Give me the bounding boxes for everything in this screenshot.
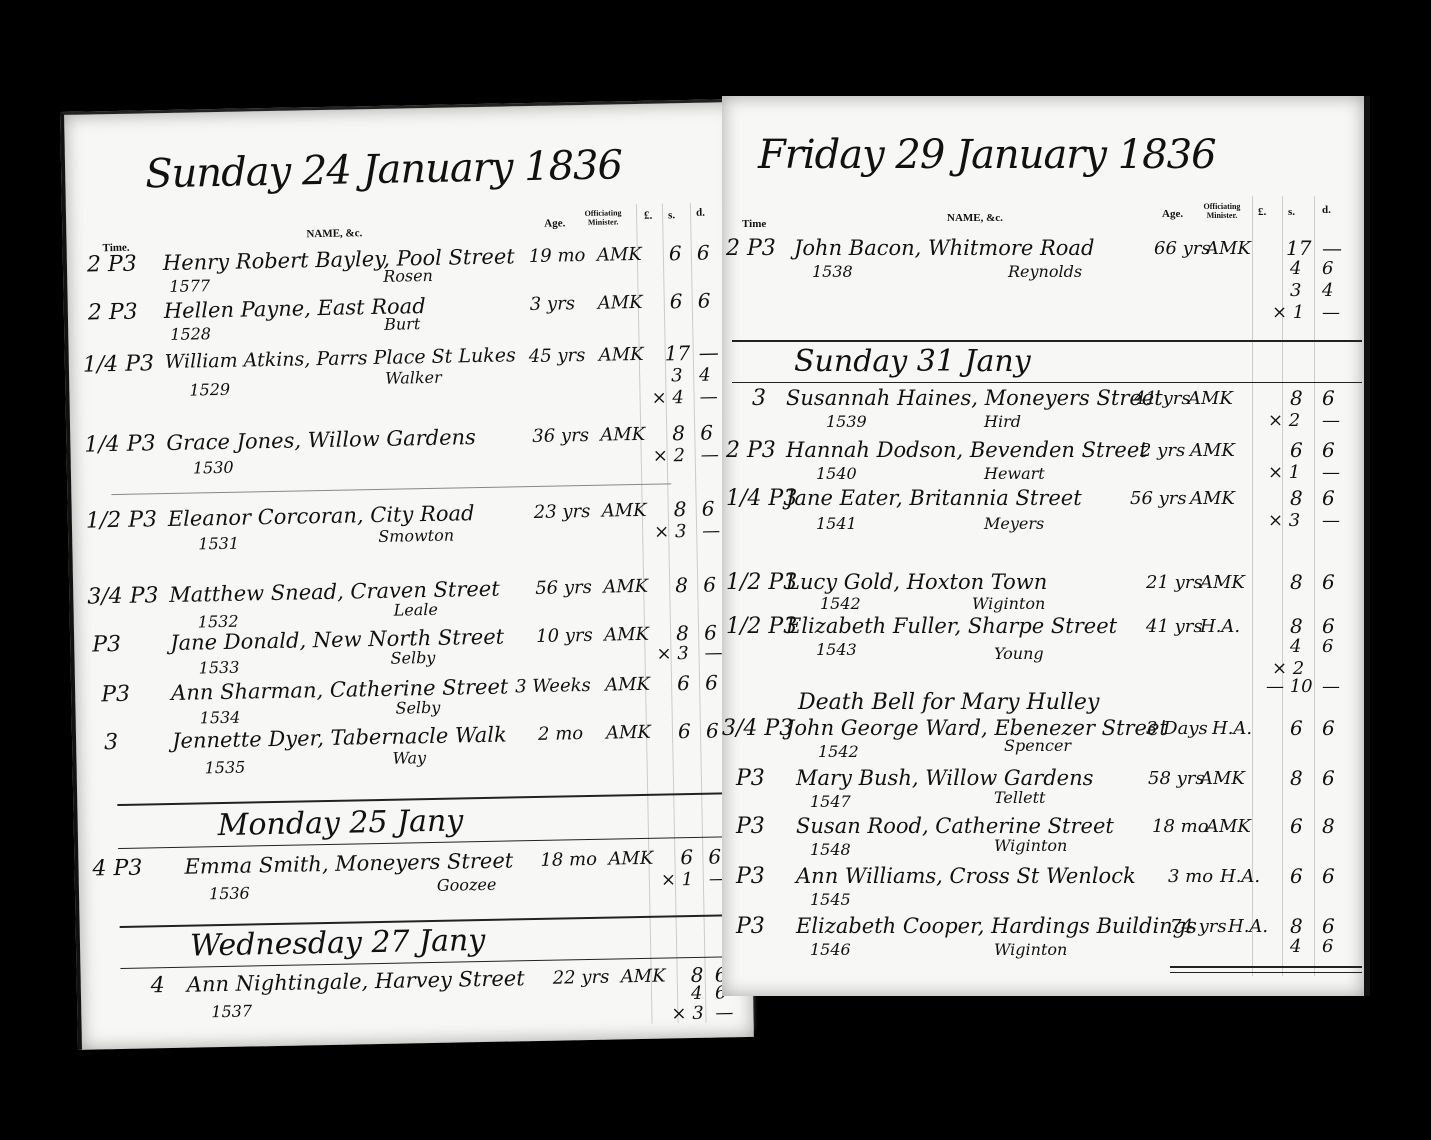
extra-pence: — (701, 444, 719, 465)
burial-entry: P3 Ann Williams, Cross St Wenlock 1545 3… (722, 864, 1364, 910)
extra-pence: — (704, 642, 722, 663)
entry-number: 1541 (816, 514, 857, 533)
burial-entry: 1/4 P3 Jane Eater, Britannia Street 1541… (722, 486, 1364, 546)
entry-officer: Meyers (984, 514, 1044, 533)
entry-officer: Selby (390, 648, 435, 668)
entry-pence: 8 (1322, 814, 1335, 838)
entry-age: 3 Days (1146, 718, 1208, 739)
entry-age: 41 yrs (1134, 388, 1191, 409)
total-rule (1170, 966, 1362, 973)
entry-minister: AMK (599, 344, 644, 366)
col-age: Age. (544, 217, 565, 229)
entry-pence: 6 (708, 844, 721, 868)
entry-shillings: 8 (1290, 914, 1303, 938)
entry-minister: AMK (605, 674, 650, 696)
entry-number: 1535 (204, 758, 245, 778)
col-shillings: s. (668, 209, 675, 221)
entry-number: 1530 (193, 458, 234, 478)
entry-name: Matthew Snead, Craven Street (169, 577, 500, 607)
entry-shillings: 6 (1290, 438, 1303, 462)
extra-pence: 4 (699, 365, 711, 386)
entry-minister: AMK (600, 424, 645, 446)
entry-age: 23 yrs (534, 501, 591, 523)
entry-pence: — (1322, 236, 1342, 260)
extra-shillings: × 3 (671, 1003, 704, 1025)
entry-age: 19 mo (529, 245, 586, 267)
entry-name: Jane Donald, New North Street (170, 625, 504, 655)
entry-age: 3 Weeks (515, 675, 591, 697)
burial-entry: 2 P3 Hellen Payne, East Road 1528 Burt 3… (68, 288, 741, 341)
entry-minister: AMK (1200, 572, 1245, 593)
page-title: Friday 29 January 1836 (758, 132, 1216, 178)
entry-name: Ann Nightingale, Harvey Street (187, 966, 525, 996)
entry-number: 1548 (810, 840, 851, 859)
entry-pence: 6 (1322, 570, 1335, 594)
entry-shillings: 6 (677, 671, 690, 695)
entry-number: 1531 (198, 534, 239, 554)
entry-officer: Leale (393, 600, 438, 620)
entry-age: 22 yrs (553, 967, 610, 989)
entry-name: Elizabeth Fuller, Sharpe Street (786, 614, 1117, 638)
entry-age: 3 yrs (530, 293, 576, 315)
entry-officer: Way (392, 748, 426, 768)
col-shillings: s. (1288, 206, 1295, 218)
entry-pence: 6 (705, 670, 718, 694)
entry-time: 2 P3 (726, 438, 776, 463)
entry-time: 2 P3 (88, 300, 138, 326)
burial-entry: 1/2 P3 Eleanor Corcoran, City Road 1531 … (72, 496, 745, 569)
entry-pence: 6 (700, 421, 713, 445)
entry-age: 58 yrs (1148, 768, 1205, 789)
entry-officer: Rosen (383, 266, 433, 286)
extra-shillings: × 1 (1268, 462, 1300, 483)
burial-entry: P3 Elizabeth Cooper, Hardings Buildings … (722, 914, 1364, 970)
entry-number: 1540 (816, 464, 857, 483)
page-title: Sunday 24 January 1836 (145, 142, 623, 197)
entry-number: 1529 (189, 380, 230, 400)
entry-time: 2 P3 (726, 236, 776, 261)
entry-shillings: 17 (665, 341, 691, 365)
entry-minister: AMK (603, 576, 648, 598)
entry-shillings: 8 (1290, 570, 1303, 594)
entry-time: 1/2 P3 (86, 507, 158, 533)
extra-shillings: × 1 (1272, 302, 1304, 323)
entry-age: 21 yrs (1146, 572, 1203, 593)
entry-officer: Wiginton (972, 594, 1045, 613)
entry-time: 1/4 P3 (83, 351, 155, 377)
entry-pence: — (699, 340, 719, 364)
section-title: Wednesday 27 Jany (190, 923, 486, 964)
entry-time: 3 (104, 730, 118, 755)
entry-officer: Reynolds (1008, 262, 1082, 281)
entry-minister: H.A. (1220, 866, 1260, 887)
entry-number: 1532 (198, 612, 239, 632)
entry-name: Ann Sharman, Catherine Street (171, 675, 509, 705)
entry-officer: Hewart (984, 464, 1045, 483)
entry-minister: H.A. (1200, 616, 1240, 637)
extra-shillings: 4 (691, 983, 703, 1004)
entry-minister: AMK (598, 292, 643, 314)
entry-shillings: 6 (680, 845, 693, 869)
extra-shillings: × 4 (651, 387, 684, 409)
extra-shillings: 3 (1290, 280, 1301, 301)
right-register-page: Friday 29 January 1836 Time NAME, &c. Ag… (722, 96, 1370, 996)
entry-pence: 6 (1322, 864, 1335, 888)
entry-name: Grace Jones, Willow Gardens (166, 425, 476, 455)
entry-name: Mary Bush, Willow Gardens (796, 766, 1093, 790)
entry-age: 56 yrs (1130, 488, 1187, 509)
entry-age: 18 mo (540, 849, 597, 871)
entry-age: 74 yrs (1170, 916, 1227, 937)
col-minister: Officiating Minister. (1194, 202, 1250, 220)
extra-pence: — (1322, 410, 1340, 431)
burial-entry: 4 Ann Nightingale, Harvey Street 1537 22… (81, 962, 754, 1045)
entry-name: Susannah Haines, Moneyers Street (786, 386, 1163, 410)
entry-time: P3 (736, 864, 765, 889)
entry-number: 1534 (199, 708, 240, 728)
entry-shillings: 8 (1290, 614, 1303, 638)
entry-minister: AMK (621, 966, 666, 988)
entry-time: P3 (736, 914, 765, 939)
entry-officer: Wiginton (994, 836, 1067, 855)
entry-minister: AMK (1206, 238, 1251, 259)
entry-shillings: 8 (672, 421, 685, 445)
entry-officer: Spencer (1004, 736, 1071, 755)
burial-entry: 3 Susannah Haines, Moneyers Street 1539 … (722, 386, 1364, 436)
entry-number: 1543 (816, 640, 857, 659)
extra-shillings: 3 (671, 365, 683, 386)
extra-shillings: 4 (1290, 258, 1301, 279)
entry-time: P3 (736, 766, 765, 791)
entry-minister: H.A. (1228, 916, 1268, 937)
entry-name: Henry Robert Bayley, Pool Street (163, 244, 515, 275)
entry-name: Jane Eater, Britannia Street (786, 486, 1082, 510)
entry-shillings: 8 (1290, 766, 1303, 790)
burial-entry: 2 P3 John Bacon, Whitmore Road 1538 Reyn… (722, 236, 1364, 336)
left-register-page: Sunday 24 January 1836 Time. NAME, &c. A… (60, 99, 754, 1050)
entry-time: P3 (736, 814, 765, 839)
entry-pence: 6 (697, 241, 710, 265)
extra-pence: 6 (1322, 258, 1333, 279)
entry-minister: AMK (602, 500, 647, 522)
burial-entry: 1/2 P3 Lucy Gold, Hoxton Town 1542 Wigin… (722, 570, 1364, 614)
entry-age: 18 mo (1152, 816, 1209, 837)
col-pounds: £. (1258, 206, 1266, 218)
entry-age: 45 yrs (529, 345, 586, 367)
section-title: Sunday 31 Jany (794, 344, 1031, 379)
entry-minister: AMK (1190, 440, 1235, 461)
entry-shillings: 8 (674, 497, 687, 521)
entry-name: Susan Rood, Catherine Street (796, 814, 1114, 838)
entry-shillings: 8 (676, 621, 689, 645)
col-time: Time (742, 218, 766, 230)
entry-number: 1537 (211, 1001, 252, 1021)
burial-entry: P3 Susan Rood, Catherine Street 1548 Wig… (722, 814, 1364, 860)
section-title: Monday 25 Jany (217, 803, 463, 843)
entry-name: Jennette Dyer, Tabernacle Walk (172, 723, 507, 753)
entry-minister: H.A. (1212, 718, 1252, 739)
col-age: Age. (1162, 208, 1183, 220)
extra-shillings: × 3 (654, 521, 687, 543)
burial-entry: 3/4 P3 John George Ward, Ebenezer Street… (722, 716, 1364, 762)
entry-pence: 6 (1322, 438, 1335, 462)
entry-officer: Hird (984, 412, 1021, 431)
entry-minister: AMK (604, 624, 649, 646)
entry-pence: 6 (1322, 614, 1335, 638)
extra-shillings: — 10 (1266, 676, 1313, 697)
entry-shillings: 6 (1290, 716, 1303, 740)
entry-age: 2 yrs (1140, 440, 1185, 461)
entry-shillings: 8 (1290, 386, 1303, 410)
entry-pence: 6 (1322, 486, 1335, 510)
entry-time: 4 P3 (92, 856, 142, 882)
entry-shillings: 17 (1286, 236, 1311, 260)
extra-pence: — (1322, 302, 1340, 323)
entry-number: 1545 (810, 890, 851, 909)
entry-number: 1547 (810, 792, 851, 811)
entry-minister: AMK (1188, 388, 1233, 409)
entry-pence: 6 (704, 620, 717, 644)
col-pence: d. (1322, 204, 1331, 216)
entry-number: 1546 (810, 940, 851, 959)
col-minister: Officiating Minister. (578, 208, 628, 227)
entry-shillings: 6 (1290, 864, 1303, 888)
entry-officer: Selby (395, 698, 440, 718)
burial-entry: 2 P3 Hannah Dodson, Bevenden Street 1540… (722, 438, 1364, 488)
col-name: NAME, &c. (947, 212, 1003, 224)
entry-minister: AMK (597, 244, 642, 266)
entry-pence: 6 (1322, 386, 1335, 410)
extra-shillings: × 3 (1268, 510, 1300, 531)
entry-officer: Young (994, 644, 1044, 663)
entry-age: 2 mo (538, 723, 583, 745)
entry-name: Lucy Gold, Hoxton Town (786, 570, 1047, 594)
burial-entry: 2 P3 Henry Robert Bayley, Pool Street 15… (67, 240, 740, 293)
entry-number: 1542 (820, 594, 861, 613)
burial-entry: 1/4 P3 Grace Jones, Willow Gardens 1530 … (70, 420, 743, 493)
entry-shillings: 6 (670, 289, 683, 313)
entry-officer: Walker (385, 368, 442, 388)
entry-minister: AMK (606, 722, 651, 744)
entry-pence: 6 (1322, 716, 1335, 740)
entry-name: Elizabeth Cooper, Hardings Buildings (796, 914, 1197, 938)
entry-shillings: 8 (675, 573, 688, 597)
entry-name: John George Ward, Ebenezer Street (786, 716, 1168, 740)
entry-number: 1528 (170, 324, 211, 344)
burial-entry: 4 P3 Emma Smith, Moneyers Street 1536 Go… (78, 844, 751, 917)
entry-number: 1539 (826, 412, 867, 431)
entry-age: 41 yrs (1146, 616, 1203, 637)
entry-pence: 6 (698, 289, 711, 313)
entry-pence: 6 (706, 718, 719, 742)
entry-time: 3 (752, 386, 766, 411)
death-bell-note: Death Bell for Mary Hulley (798, 690, 1099, 715)
entry-name: John Bacon, Whitmore Road (794, 236, 1094, 260)
entry-minister: AMK (608, 848, 653, 870)
entry-number: 1533 (199, 658, 240, 678)
entry-age: 56 yrs (535, 577, 592, 599)
entry-pence: 6 (1322, 914, 1335, 938)
entry-pence: 6 (703, 572, 716, 596)
entry-age: 66 yrs (1154, 238, 1211, 259)
extra-shillings: × 1 (661, 869, 694, 891)
entry-officer: Burt (384, 314, 420, 334)
entry-shillings: 8 (1290, 486, 1303, 510)
extra-pence: — (715, 1002, 733, 1023)
extra-shillings: × 2 (653, 445, 686, 467)
extra-shillings: 4 (1290, 636, 1301, 657)
entry-officer: Tellett (994, 788, 1045, 807)
entry-number: 1577 (169, 276, 210, 296)
col-pence: d. (696, 207, 705, 219)
extra-pence: — (702, 520, 720, 541)
entry-pence: 6 (702, 497, 715, 521)
entry-age: 3 mo (1168, 866, 1213, 887)
entry-name: Ann Williams, Cross St Wenlock (796, 864, 1136, 888)
entry-number: 1538 (812, 262, 853, 281)
entry-number: 1542 (818, 742, 859, 761)
entry-time: 3/4 P3 (87, 583, 159, 609)
burial-entry: 1/2 P3 Elizabeth Fuller, Sharpe Street 1… (722, 614, 1364, 694)
entry-minister: AMK (1206, 816, 1251, 837)
entry-minister: AMK (1190, 488, 1235, 509)
extra-pence: — (1322, 676, 1340, 697)
extra-pence: — (699, 386, 717, 407)
burial-entry: P3 Mary Bush, Willow Gardens 1547 Tellet… (722, 766, 1364, 812)
entry-time: 3/4 P3 (722, 716, 793, 741)
entry-time: 1/4 P3 (84, 431, 156, 457)
entry-age: 10 yrs (536, 625, 593, 647)
entry-minister: AMK (1200, 768, 1245, 789)
entry-number: 1536 (209, 884, 250, 904)
extra-shillings: × 3 (656, 643, 689, 665)
entry-pence: 6 (1322, 766, 1335, 790)
entry-time: P3 (92, 632, 121, 658)
entry-officer: Wiginton (994, 940, 1067, 959)
entry-time: 2 P3 (87, 252, 137, 278)
extra-pence: — (1322, 462, 1340, 483)
entry-shillings: 6 (1290, 814, 1303, 838)
entry-time: 4 (151, 973, 165, 998)
extra-shillings: × 2 (1268, 410, 1300, 431)
entry-officer: Smowton (378, 526, 454, 546)
extra-pence: 4 (1322, 280, 1333, 301)
entry-officer: Goozee (437, 875, 497, 895)
entry-age: 36 yrs (532, 425, 589, 447)
burial-entry: 1/4 P3 William Atkins, Parrs Place St Lu… (69, 340, 742, 433)
entry-name: William Atkins, Parrs Place St Lukes (165, 344, 516, 373)
extra-pence: 6 (1322, 936, 1333, 957)
extra-shillings: 4 (1290, 936, 1301, 957)
extra-pence: 6 (1322, 636, 1333, 657)
entry-shillings: 6 (669, 241, 682, 265)
col-name: NAME, &c. (306, 227, 362, 240)
entry-name: Emma Smith, Moneyers Street (184, 848, 513, 878)
entry-time: P3 (101, 682, 130, 708)
entry-name: Hannah Dodson, Bevenden Street (786, 438, 1148, 462)
entry-shillings: 6 (678, 719, 691, 743)
extra-pence: — (1322, 510, 1340, 531)
col-pounds: £. (644, 210, 652, 222)
